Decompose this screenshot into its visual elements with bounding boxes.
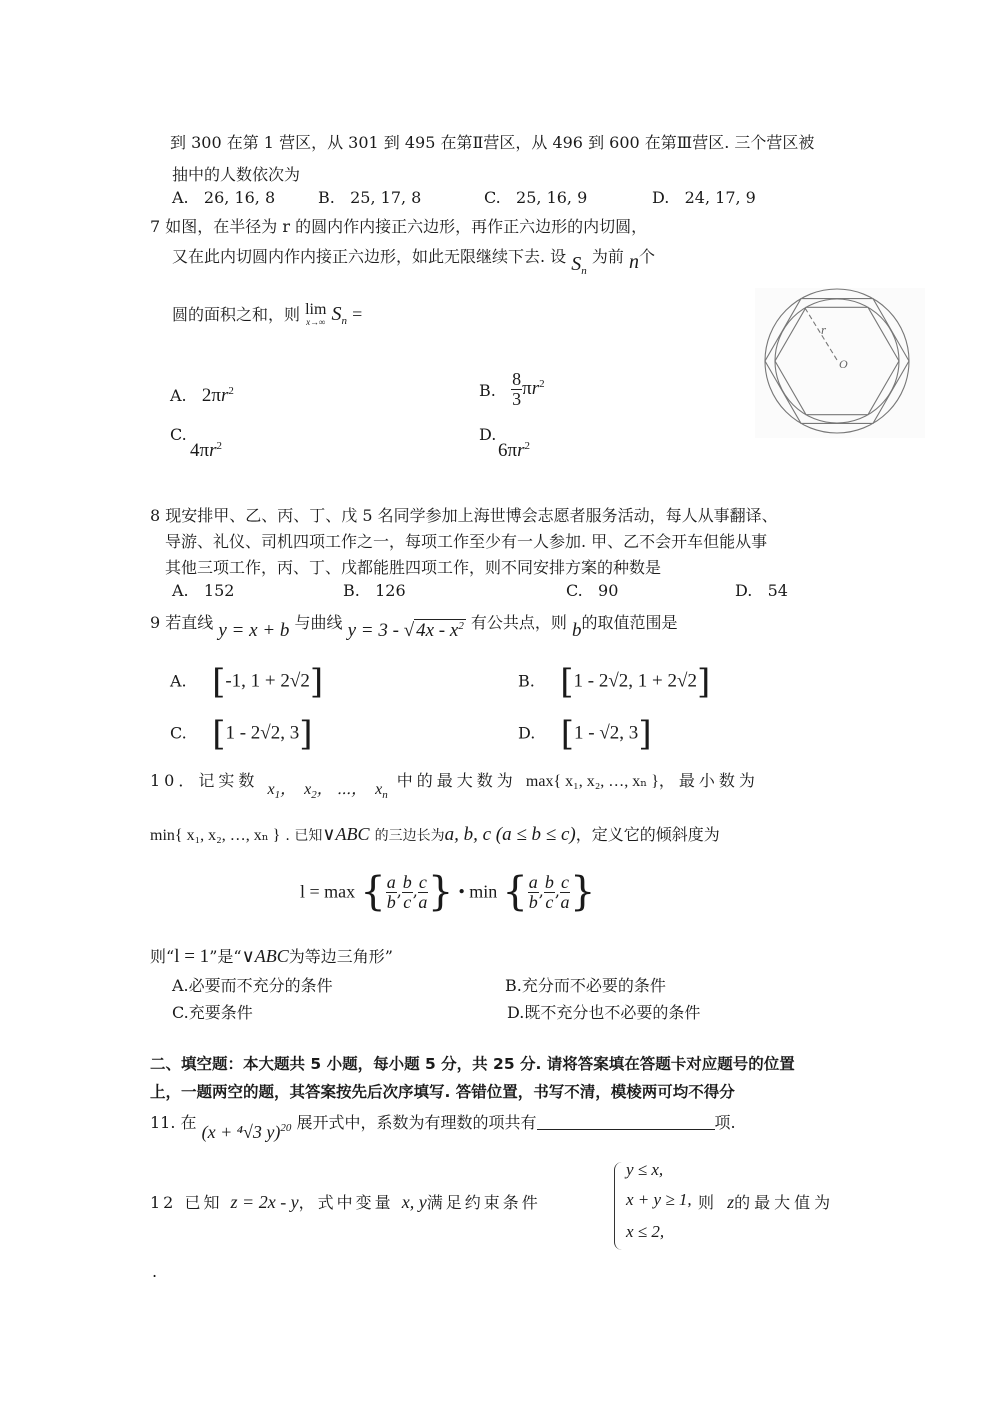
q7-text: 个	[639, 247, 655, 266]
option-value: 既不充分也不必要的条件	[524, 1003, 700, 1022]
triangle-symbol: ∨ABC	[322, 824, 369, 844]
option-label: C.	[484, 188, 501, 207]
q7-option-d-value: 6πr2	[498, 440, 530, 462]
b-symbol: b	[572, 620, 582, 641]
fraction: ca	[560, 873, 570, 912]
q10-text: ，定义它的倾斜度为	[576, 825, 720, 844]
hexagon-circle-figure: r O	[755, 288, 925, 438]
option-value: 54	[768, 581, 788, 600]
right-brace: }	[428, 869, 453, 915]
option-value: 90	[598, 581, 618, 600]
q12-text: 则	[698, 1193, 718, 1212]
option-label: D.	[735, 581, 752, 600]
option-label: A.	[172, 976, 189, 995]
q10-text: 10．记实数	[150, 771, 258, 790]
numerator: a	[386, 873, 397, 893]
option-value: 25, 16, 9	[516, 188, 587, 207]
option-value: 26, 16, 8	[204, 188, 275, 207]
q10-option-d: D.既不充分也不必要的条件	[507, 1000, 700, 1023]
q6-option-b: B. 25, 17, 8	[318, 188, 421, 207]
constraint-3: x ≤ 2,	[626, 1222, 664, 1242]
q7-line3: 圆的面积之和，则 lim x→∞ Sn =	[172, 302, 362, 327]
q12-text: 满足约束条件	[427, 1193, 541, 1212]
denominator: 3	[511, 390, 522, 409]
q10-text: 则“	[150, 947, 174, 966]
option-value: 充要条件	[189, 1003, 253, 1022]
q10-text: 的三边长为	[375, 828, 445, 844]
q9-option-b: B. [1 - 2√2, 1 + 2√2]	[518, 665, 710, 699]
q6-line1: 到 300 在第 1 营区，从 301 到 495 在第Ⅱ营区，从 496 到 …	[170, 130, 814, 153]
sides-expression: a, b, c (a ≤ b ≤ c)	[445, 824, 576, 845]
option-var: r	[517, 440, 524, 461]
q7-option-c-value: 4πr2	[190, 440, 222, 462]
q12: 12 已知 z = 2x - y，式中变量 x, y满足约束条件	[150, 1190, 541, 1213]
q10-text: 中的最大数为	[397, 771, 517, 790]
option-label: B.	[343, 581, 360, 600]
q7-line2: 又在此内切圆内作内接正六边形，如此无限继续下去. 设 Sn 为前 n个	[172, 244, 655, 269]
q10-text: . 已知	[285, 828, 322, 844]
option-coef: 2π	[202, 385, 221, 406]
s-letter: S	[332, 303, 342, 325]
q12-text: ，式中变量	[299, 1193, 394, 1212]
left-bracket: [	[560, 662, 573, 702]
line-equation: y = x + b	[218, 620, 289, 641]
q11: 11. 在 (x + ⁴√3 y)20 展开式中，系数为有理数的项共有项.	[150, 1110, 736, 1133]
q6-option-c: C. 25, 16, 9	[484, 188, 587, 207]
option-value: 126	[375, 581, 406, 600]
fraction: ca	[418, 873, 428, 912]
q9-option-d: D. [1 - √2, 3]	[518, 717, 652, 751]
numerator: b	[544, 873, 555, 893]
q7-text: 为前	[592, 247, 624, 266]
s-symbol: Sn	[571, 253, 587, 275]
option-label: B.	[505, 976, 522, 995]
q8-line2: 导游、礼仪、司机四项工作之一，每项工作至少有一人参加. 甲、乙不会开车但能从事	[165, 529, 767, 552]
denominator: a	[418, 893, 428, 912]
binomial-exp: 20	[280, 1122, 291, 1134]
q10-text: ，最小数为	[659, 771, 759, 790]
option-coef: 4π	[190, 440, 209, 461]
fraction: bc	[402, 873, 413, 912]
q12-tail: 则 z的最大值为	[698, 1190, 834, 1213]
option-value: 1 - 2√2, 3	[225, 723, 299, 744]
binomial-expression: (x + ⁴√3 y)20	[202, 1122, 292, 1142]
q11-text: 项.	[715, 1113, 736, 1132]
right-bracket: ]	[638, 714, 651, 754]
binomial-base: (x + ⁴√3 y)	[202, 1122, 281, 1142]
q7-option-d: D.	[479, 425, 496, 444]
section2-heading-line2: 上，一题两空的题，其答案按先后次序填写. 答错位置，书写不清，模棱两可均不得分	[150, 1080, 735, 1102]
option-label: B.	[518, 672, 535, 691]
left-brace: {	[360, 869, 385, 915]
q6-line2: 抽中的人数依次为	[172, 162, 300, 185]
option-value: 24, 17, 9	[685, 188, 756, 207]
q8-option-b: B. 126	[343, 581, 406, 600]
q12-end: .	[152, 1262, 157, 1281]
q6-option-a: A. 26, 16, 8	[172, 188, 275, 207]
numerator: c	[560, 873, 570, 893]
option-label: D.	[518, 724, 535, 743]
radicand-exp: 2	[458, 620, 464, 632]
q9-option-c: C. [1 - 2√2, 3]	[170, 717, 313, 751]
o-label: O	[839, 357, 848, 371]
system-brace	[614, 1162, 625, 1250]
q10-option-b: B.充分而不必要的条件	[505, 973, 666, 996]
formula-lhs: l = max	[300, 882, 355, 902]
s-letter: S	[571, 253, 581, 275]
numerator: a	[528, 873, 539, 893]
constraint-1: y ≤ x,	[626, 1160, 663, 1180]
q7-text: 圆的面积之和，则	[172, 305, 300, 324]
q10-option-c: C.充要条件	[172, 1000, 253, 1023]
right-bracket: ]	[697, 662, 710, 702]
left-bracket: [	[561, 714, 574, 754]
q8-option-d: D. 54	[735, 581, 788, 600]
option-label: A.	[170, 672, 187, 691]
option-label: B.	[318, 188, 335, 207]
right-brace: }	[570, 869, 595, 915]
denominator: c	[544, 893, 555, 912]
option-label: D.	[507, 1003, 524, 1022]
q10-condition: 则“l = 1”是“∨ABC为等边三角形”	[150, 944, 393, 968]
q7-option-b: B. 83πr2	[479, 370, 545, 409]
option-label: A.	[172, 188, 189, 207]
q8-line1: 8 现安排甲、乙、丙、丁、戊 5 名同学参加上海世博会志愿者服务活动，每人从事翻…	[150, 503, 778, 526]
q9-stem: 9 若直线 y = x + b 与曲线 y = 3 - √4x - x2 有公共…	[150, 610, 678, 634]
formula-mid: • min	[458, 882, 497, 902]
variables: x, y	[402, 1192, 427, 1212]
q10-text: ”是“	[209, 947, 241, 966]
q11-text: 11. 在	[150, 1113, 197, 1132]
option-exp: 2	[217, 440, 223, 452]
q7-option-a: A. 2πr2	[170, 385, 234, 407]
numerator: b	[402, 873, 413, 893]
numerator: 8	[511, 370, 522, 390]
numerator: c	[418, 873, 428, 893]
left-bracket: [	[212, 714, 225, 754]
option-exp: 2	[539, 378, 545, 390]
option-value: 1 - √2, 3	[574, 723, 638, 744]
q7-option-c: C.	[170, 425, 187, 444]
min-expression: min{ x₁, x₂, …, xₙ }	[150, 827, 280, 844]
right-bracket: ]	[299, 714, 312, 754]
q10-option-a: A.必要而不充分的条件	[172, 973, 333, 996]
q10-text: 为等边三角形”	[289, 947, 393, 966]
equals-sign: =	[352, 304, 362, 324]
lim-operator: lim x→∞	[305, 302, 326, 327]
constraint-2: x + y ≥ 1,	[626, 1190, 692, 1210]
option-value: 1 - 2√2, 1 + 2√2	[574, 671, 697, 692]
option-exp: 2	[228, 385, 234, 397]
option-exp: 2	[525, 440, 531, 452]
denominator: b	[386, 893, 397, 912]
option-label: D.	[652, 188, 669, 207]
objective-function: z = 2x - y	[231, 1192, 299, 1212]
option-label: C.	[170, 724, 187, 743]
q10-formula: l = max {ab,bc,ca} • min {ab,bc,ca}	[300, 872, 595, 912]
fraction: 83	[511, 370, 522, 409]
fraction: ab	[386, 873, 397, 912]
s-subscript: n	[581, 265, 587, 277]
option-value: -1, 1 + 2√2	[225, 671, 309, 692]
option-label: B.	[479, 381, 496, 400]
option-label: A.	[170, 386, 187, 405]
q9-text: 与曲线	[294, 613, 342, 632]
q7-figure: r O	[755, 288, 925, 438]
lim-text: lim	[305, 302, 326, 318]
q7-line1: 7 如图，在半径为 r 的圆内作内接正六边形，再作正六边形的内切圆，	[150, 214, 647, 237]
lim-subscript: x→∞	[305, 318, 326, 327]
max-expression: max{ x₁, x₂, …, xₙ }	[526, 773, 659, 790]
q11-text: 展开式中，系数为有理数的项共有	[296, 1113, 536, 1132]
option-label: D.	[479, 425, 496, 444]
denominator: c	[402, 893, 413, 912]
triangle-symbol: ∨ABC	[242, 946, 289, 966]
q8-option-c: C. 90	[566, 581, 618, 600]
option-var: r	[209, 440, 216, 461]
q8-line3: 其他三项工作，丙、丁、戊都能胜四项工作，则不同安排方案的种数是	[165, 555, 661, 578]
l-equals-one: l = 1	[174, 946, 209, 967]
s-subscript: n	[342, 315, 348, 327]
curve-prefix: y = 3 -	[348, 620, 399, 641]
left-bracket: [	[212, 662, 225, 702]
q9-text: 有公共点，则	[471, 613, 567, 632]
option-label: C.	[566, 581, 583, 600]
option-coef: 6π	[498, 440, 517, 461]
option-value: 充分而不必要的条件	[522, 976, 666, 995]
answer-blank[interactable]	[537, 1115, 715, 1130]
q7-text: 又在此内切圆内作内接正六边形，如此无限继续下去. 设	[172, 247, 566, 266]
q10-line2: min{ x₁, x₂, …, xₙ } . 已知∨ABC 的三边长为a, b,…	[150, 822, 720, 846]
q6-option-d: D. 24, 17, 9	[652, 188, 756, 207]
option-coef: π	[522, 378, 532, 399]
option-value: 152	[204, 581, 235, 600]
curve-equation: y = 3 - √4x - x2	[348, 620, 466, 641]
fraction: bc	[544, 873, 555, 912]
denominator: b	[528, 893, 539, 912]
q9-option-a: A. [-1, 1 + 2√2]	[170, 665, 323, 699]
section2-heading-line1: 二、填空题：本大题共 5 小题，每小题 5 分，共 25 分. 请将答案填在答题…	[150, 1052, 795, 1074]
option-label: C.	[170, 425, 187, 444]
q10-line1: 10．记实数 x1， x2， ⋯， xn 中的最大数为 max{ x₁, x₂,…	[150, 768, 759, 793]
denominator: a	[560, 893, 570, 912]
x-sequence: x1， x2， ⋯， xn	[267, 781, 387, 798]
q8-option-a: A. 152	[172, 581, 234, 600]
radicand: 4x - x2	[414, 619, 466, 641]
option-var: r	[532, 378, 539, 399]
fraction: ab	[528, 873, 539, 912]
s-symbol: Sn	[332, 303, 348, 325]
q12-text: 12 已知	[150, 1193, 222, 1212]
option-value: 必要而不充分的条件	[189, 976, 333, 995]
right-bracket: ]	[310, 662, 323, 702]
q9-text: 9 若直线	[150, 613, 213, 632]
option-label: C.	[172, 1003, 189, 1022]
left-brace: {	[502, 869, 527, 915]
radicand-text: 4x - x	[416, 620, 458, 641]
q12-text: 的最大值为	[734, 1193, 834, 1212]
option-value: 25, 17, 8	[350, 188, 421, 207]
option-label: A.	[172, 581, 189, 600]
n-symbol: n	[629, 251, 639, 273]
q9-text: 的取值范围是	[582, 613, 678, 632]
